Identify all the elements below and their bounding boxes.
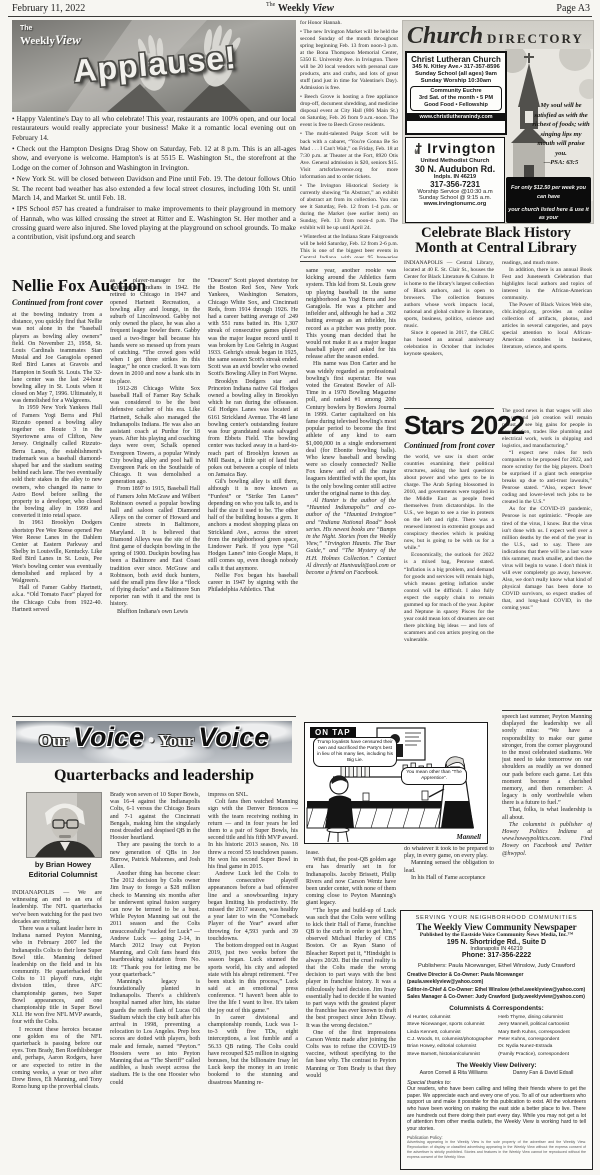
masthead-staff-box: SERVING YOUR NEIGHBORHOOD COMMUNITIES Th…: [400, 910, 593, 1170]
qb-column-3: impress on SNL.Colt fans then watched Ma…: [208, 792, 298, 1172]
publication-policy-text: Advertising appearing in the Weekly View…: [407, 1140, 586, 1159]
stars-column-2: The good news is that wages will also go…: [502, 408, 592, 706]
christ-lutheran-name: Christ Lutheran Church: [407, 55, 505, 64]
header-rule: [8, 16, 592, 17]
special-thanks: Special thanks to: Our readers, who have…: [407, 1080, 586, 1132]
weekly-view-logo: TheWeeklyView: [20, 25, 81, 48]
masthead-the: The: [266, 2, 275, 8]
cartoonist-signature: Mannell: [456, 833, 481, 841]
voice-voice2: Voice: [198, 722, 269, 752]
irvington-logo-row: Irvington: [406, 140, 504, 158]
nellie-column-1: at the bowling industry from a distance,…: [12, 312, 102, 710]
stars-continued-label: Continued from front cover: [404, 441, 495, 450]
community-news-briefs: for Honor Hannah.• The new Irvington Mar…: [300, 20, 398, 258]
celebrate-headline: Celebrate Black History Month at Central…: [400, 226, 592, 256]
columnists-lists: Al Hunter, columnistSteve Nicewanger, sp…: [407, 1014, 586, 1058]
newspaper-title: The Weekly View Community Newspaper: [407, 922, 586, 932]
delivery-title: The Weekly View Delivery:: [407, 1062, 586, 1069]
delivery-right: Danny Fan & David Edsall: [513, 1070, 574, 1076]
qb-column-6: speech last summer, Peyton Manning displ…: [502, 714, 592, 906]
page-number: Page A3: [556, 3, 590, 14]
irvington-website: www.irvingtonumc.org: [406, 201, 504, 207]
celebrate-column-1: INDIANAPOLIS — Central Library, located …: [404, 260, 494, 406]
applause-graphic: TheWeeklyView Applause!: [12, 20, 296, 112]
christ-lutheran-address: 345 N. Kitley Ave.• 317-357-8596: [407, 64, 505, 70]
voice-section-rule: [12, 716, 296, 717]
byline-name: by Brian Howey: [8, 860, 118, 870]
column-divider-rule: [300, 261, 396, 262]
stars-divider-rule: [404, 408, 494, 409]
logo-view: View: [55, 32, 81, 47]
cartoon-speech-bubble-2: You mean other than “The Apprentice”.: [401, 767, 467, 785]
promo-lines: For only $12.50 per week you can haveyou…: [506, 184, 591, 224]
umc-cross-flame-icon: [414, 142, 423, 155]
euchre-line3: Good Food • Fellowship: [412, 102, 500, 109]
columnists-title: Columnists & Correspondents:: [407, 1005, 586, 1012]
quarterbacks-headline: Quarterbacks and leadership: [12, 767, 296, 785]
euchre-line1: Community Euchre: [412, 88, 500, 95]
columnists-left-list: Al Hunter, columnistSteve Nicewanger, sp…: [407, 1014, 495, 1058]
nellie-fox-continued-label: Continued from front cover: [12, 298, 103, 307]
office-address: 195 N. Shortridge Rd., Suite D: [407, 939, 586, 946]
scripture-verse: My soul will be satisfied as with the ri…: [531, 101, 591, 168]
church-title-caps: DIRECTORY: [487, 31, 584, 46]
masthead-view: View: [312, 2, 334, 14]
celebrate-headline-line1: Celebrate Black History: [400, 226, 592, 241]
qb-column-2: Brady won seven of 10 Super Bowls, was 1…: [110, 792, 200, 1172]
publishers-line: Publishers: Paula Nicewanger, Ethel Wins…: [407, 963, 586, 969]
voice-voice1: Voice: [73, 722, 144, 752]
applause-news-briefs: • Happy Valentine's Day to all who celeb…: [12, 115, 296, 273]
irvington-address1: 30 N. Audubon Rd.: [406, 164, 504, 174]
columnist-photo: [26, 792, 102, 858]
christ-lutheran-worship: Sunday Worship 10:30am: [407, 78, 505, 84]
delivery-left: Aaron Cornell & Rita Williams: [420, 1070, 488, 1076]
church-listing-promo: For only $12.50 per week you can haveyou…: [506, 177, 591, 223]
irvington-umc-ad: Irvington United Methodist Church 30 N. …: [405, 137, 505, 223]
irvington-phone: 317-356-7231: [406, 180, 504, 189]
verse-text: My soul will be satisfied as with the ri…: [532, 102, 589, 157]
euchre-line2: 3rd Sat. of the month • 5 PM: [412, 95, 500, 102]
stars-column-1: the world, we saw in short order countri…: [404, 454, 494, 710]
published-by: Published by the Eastside Voice Communit…: [407, 932, 586, 938]
special-thanks-text: Our readers, who have been calling and t…: [407, 1086, 586, 1132]
voice-our: Our: [39, 731, 69, 750]
staff-list: Creative Director & Co-Owner: Paula Nice…: [407, 972, 586, 1001]
christ-lutheran-website: www.christlutheranindy.com: [407, 113, 505, 121]
church-directory-title: Church DIRECTORY: [407, 23, 589, 50]
serving-tagline: SERVING YOUR NEIGHBORHOOD COMMUNITIES: [407, 915, 586, 921]
delivery-names: Aaron Cornell & Rita Williams Danny Fan …: [407, 1070, 586, 1076]
voice-dot: •: [148, 730, 154, 750]
voice-banner: Our Voice • Your Voice: [16, 721, 292, 763]
euchre-box: Community Euchre 3rd Sat. of the month •…: [410, 86, 502, 111]
verse-reference: —PSA: 63:5: [544, 159, 579, 166]
logo-the: The: [20, 25, 81, 32]
cartoon-speech-bubble-1: Trump loyalists have censured their own …: [313, 737, 397, 767]
nellie-column-4: same year, another rookie was kicking ar…: [306, 268, 396, 714]
christ-lutheran-school: Sunday School (all ages) 9am: [407, 71, 505, 77]
church-title-script: Church: [407, 23, 483, 49]
office-phone: Phone: 317-356-2222: [407, 952, 586, 959]
columnist-byline: by Brian Howey Editorial Columnist: [8, 860, 118, 880]
celebrate-headline-line2: Month at Central Library: [400, 241, 592, 256]
logo-weekly: Weekly: [20, 35, 55, 47]
nellie-column-2: as a player-manager for the Indianapolis…: [110, 278, 200, 710]
qb-column-1: INDIANAPOLIS — We are witnessing an end …: [12, 890, 102, 1172]
qb-column-5: do whatever it took to be prepared to pl…: [404, 846, 494, 906]
byline-role: Editorial Columnist: [8, 870, 118, 880]
qb-column6-rule: [502, 710, 592, 711]
qb-column-4: lease.With that, the post-QB golden age …: [306, 850, 396, 1172]
political-cartoon: ON TAP Trump loyalists have censured the…: [304, 722, 488, 844]
celebrate-column-2: readings, and much more.In addition, the…: [502, 260, 592, 402]
irvington-logo: Irvington: [427, 140, 496, 156]
columnists-right-list: Herb Thyme, dining columnistJerry Mannel…: [498, 1014, 586, 1058]
church-directory-ad: Church DIRECTORY My soul will be satisfi…: [402, 20, 594, 224]
voice-your: Your: [158, 731, 194, 750]
nellie-column-3: “Deacon” Scott played shortstop for the …: [208, 278, 298, 710]
christ-lutheran-ad: Christ Lutheran Church 345 N. Kitley Ave…: [405, 51, 507, 135]
masthead-title: The Weekly View: [0, 2, 600, 14]
masthead-weekly: Weekly: [278, 3, 310, 14]
brian-howey-portrait-image: [27, 793, 101, 857]
